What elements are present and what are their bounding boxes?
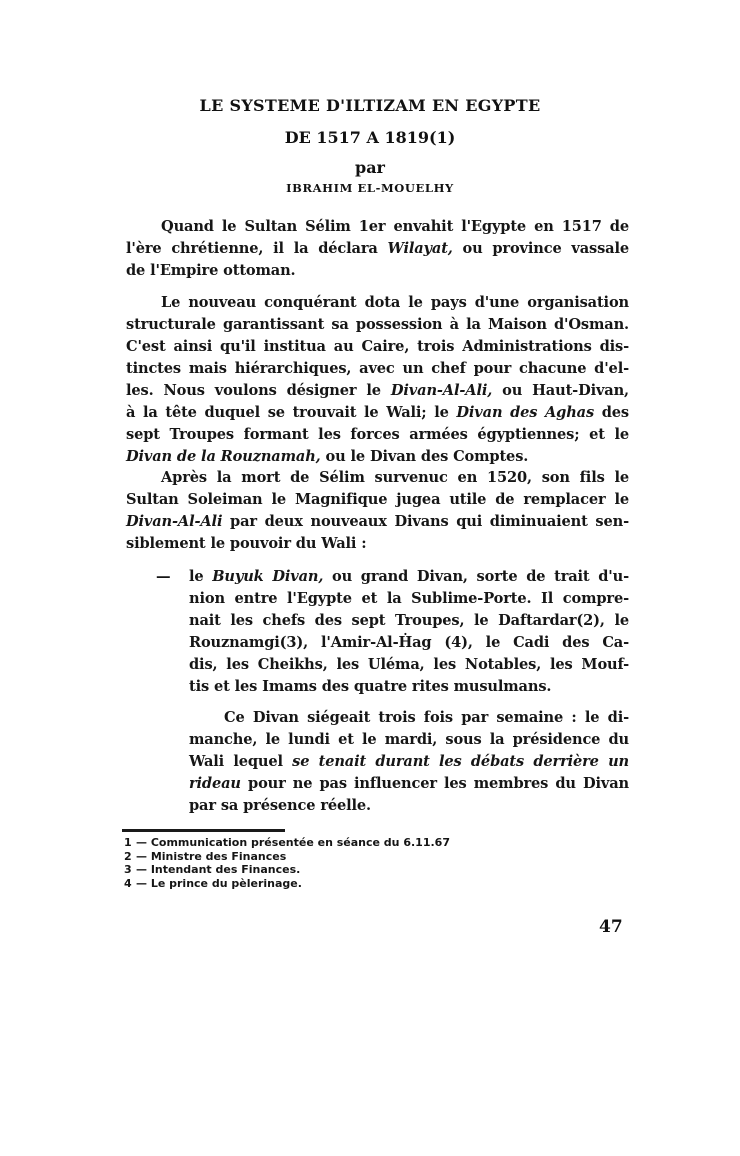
text-line: sept Troupes formant les forces armées é… (126, 424, 629, 446)
text-line: Wali lequel se tenait durant les débats … (189, 751, 629, 773)
paragraph-2: Le nouveau conquérant dota le pays d'une… (126, 292, 629, 468)
paragraph-3: Après la mort de Sélim survenuc en 1520,… (126, 467, 629, 555)
text-line: de l'Empire ottoman. (126, 260, 629, 282)
footnotes: 1— Communication présentée en séance du … (124, 836, 450, 890)
italic-term: Divan des Aghas (456, 404, 594, 421)
text-line: par sa présence réelle. (189, 795, 629, 817)
italic-term: Buyuk Divan, (212, 568, 323, 585)
text-line: Rouznamgi(3), l'Amir-Al-Ḣag (4), le Cadi… (189, 632, 629, 654)
text-line: Sultan Soleiman le Magnifique jugea util… (126, 489, 629, 511)
italic-term: Divan de la Rouznamah, (126, 448, 321, 465)
title-line-1: LE SYSTEME D'ILTIZAM EN EGYPTE (0, 96, 740, 115)
text-line: Divan de la Rouznamah, ou le Divan des C… (126, 446, 629, 468)
footnote-4: 4— Le prince du pèlerinage. (124, 877, 450, 891)
italic-term: Divan-Al-Ali, (391, 382, 492, 399)
footnote-2: 2— Ministre des Finances (124, 850, 450, 864)
italic-term: Wilayat, (387, 240, 452, 257)
text-line: structurale garantissant sa possession à… (126, 314, 629, 336)
paragraph-4: Ce Divan siégeait trois fois par semaine… (189, 707, 629, 817)
text-line: C'est ainsi qu'il institua au Caire, tro… (126, 336, 629, 358)
footnote-1: 1— Communication présentée en séance du … (124, 836, 450, 850)
footnote-separator (122, 829, 285, 832)
document-page: LE SYSTEME D'ILTIZAM EN EGYPTE DE 1517 A… (0, 0, 740, 1156)
text-line: dis, les Cheikhs, les Uléma, les Notable… (189, 654, 629, 676)
text-line: Quand le Sultan Sélim 1er envahit l'Egyp… (126, 216, 629, 238)
paragraph-1: Quand le Sultan Sélim 1er envahit l'Egyp… (126, 216, 629, 282)
page-number: 47 (599, 917, 623, 937)
text-line: nait les chefs des sept Troupes, le Daft… (189, 610, 629, 632)
text-line: tis et les Imams des quatre rites musulm… (189, 676, 629, 698)
text-line: nion entre l'Egypte et la Sublime-Porte.… (189, 588, 629, 610)
list-dash-marker: — (156, 566, 171, 588)
italic-term: Divan-Al-Ali (126, 513, 222, 530)
text-line: le Buyuk Divan, ou grand Divan, sorte de… (189, 566, 629, 588)
byline-par: par (0, 158, 740, 177)
text-line: Le nouveau conquérant dota le pays d'une… (126, 292, 629, 314)
text-line: à la tête duquel se trouvait le Wali; le… (126, 402, 629, 424)
text-line: Divan-Al-Ali par deux nouveaux Divans qu… (126, 511, 629, 533)
text-line: Ce Divan siégeait trois fois par semaine… (189, 707, 629, 729)
footnote-3: 3— Intendant des Finances. (124, 863, 450, 877)
list-item-buyuk-divan: le Buyuk Divan, ou grand Divan, sorte de… (189, 566, 629, 698)
italic-term: se tenait durant les débats derrière un (292, 753, 629, 770)
text-line: rideau pour ne pas influencer les membre… (189, 773, 629, 795)
author-name: IBRAHIM EL-MOUELHY (0, 181, 740, 195)
text-line: les. Nous voulons désigner le Divan-Al-A… (126, 380, 629, 402)
italic-term: rideau (189, 775, 241, 792)
text-line: l'ère chrétienne, il la déclara Wilayat,… (126, 238, 629, 260)
text-line: tinctes mais hiérarchiques, avec un chef… (126, 358, 629, 380)
title-line-2: DE 1517 A 1819(1) (0, 128, 740, 147)
text-line: Après la mort de Sélim survenuc en 1520,… (126, 467, 629, 489)
text-line: manche, le lundi et le mardi, sous la pr… (189, 729, 629, 751)
text-line: siblement le pouvoir du Wali : (126, 533, 629, 555)
